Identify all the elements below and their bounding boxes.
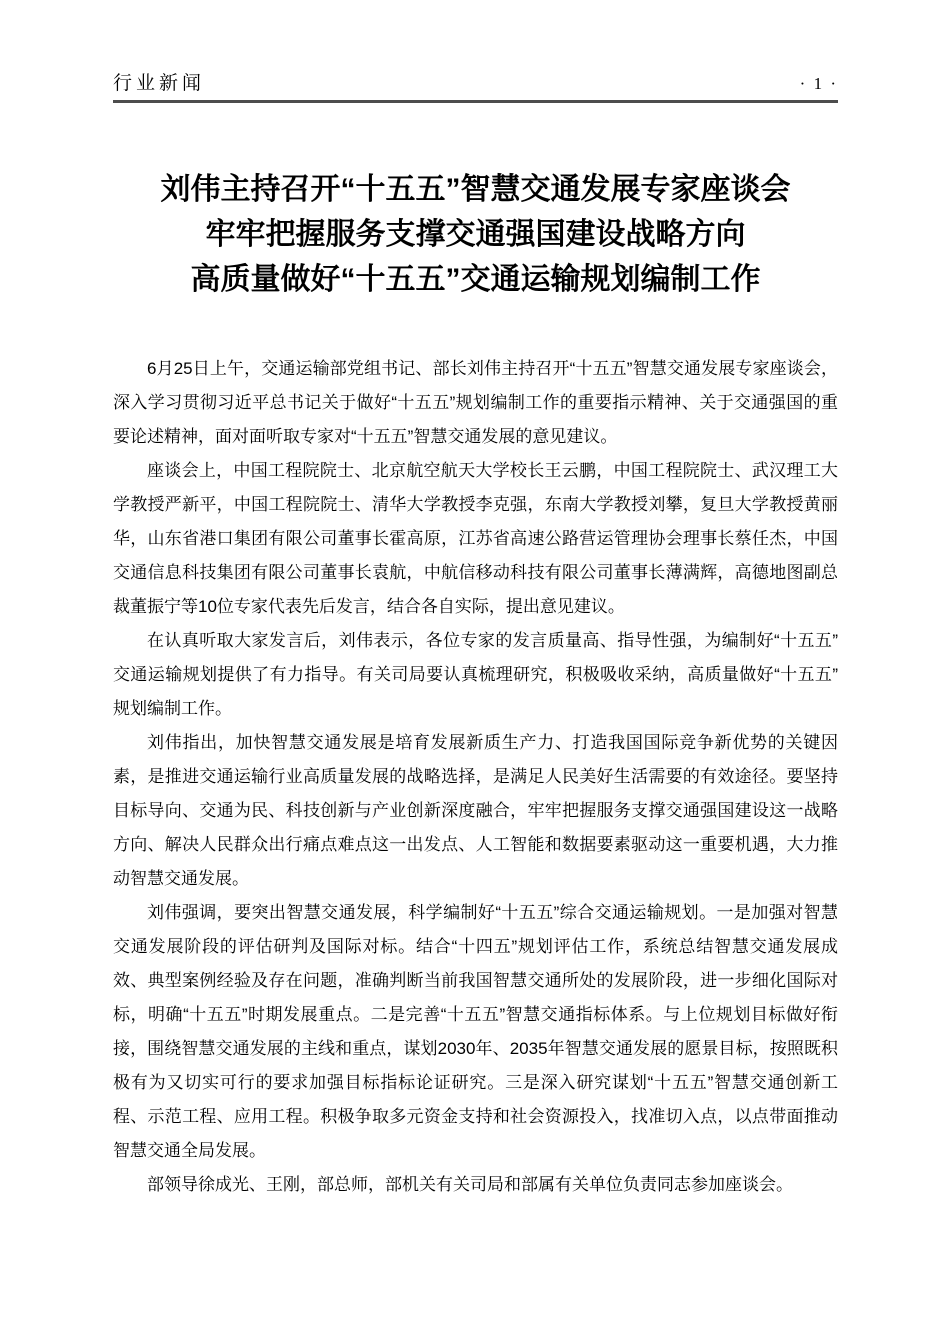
article-paragraph: 刘伟指出，加快智慧交通发展是培育发展新质生产力、打造我国国际竞争新优势的关键因素… bbox=[113, 726, 838, 896]
article-paragraph: 刘伟强调，要突出智慧交通发展，科学编制好“十五五”综合交通运输规划。一是加强对智… bbox=[113, 896, 838, 1168]
document-page: 行业新闻 · 1 · 刘伟主持召开“十五五”智慧交通发展专家座谈会 牢牢把握服务… bbox=[0, 0, 950, 1344]
title-line-2: 牢牢把握服务支撑交通强国建设战略方向 bbox=[113, 212, 838, 257]
title-line-1: 刘伟主持召开“十五五”智慧交通发展专家座谈会 bbox=[113, 167, 838, 212]
article-paragraph: 在认真听取大家发言后，刘伟表示，各位专家的发言质量高、指导性强，为编制好“十五五… bbox=[113, 624, 838, 726]
article-paragraph: 部领导徐成光、王刚，部总师，部机关有关司局和部属有关单位负责同志参加座谈会。 bbox=[113, 1168, 838, 1202]
running-header: 行业新闻 · 1 · bbox=[113, 72, 838, 96]
page-number: · 1 · bbox=[800, 72, 838, 96]
header-rule bbox=[113, 100, 838, 103]
article-paragraph: 6月25日上午，交通运输部党组书记、部长刘伟主持召开“十五五”智慧交通发展专家座… bbox=[113, 352, 838, 454]
section-label: 行业新闻 bbox=[113, 72, 205, 96]
article-paragraph: 座谈会上，中国工程院院士、北京航空航天大学校长王云鹏，中国工程院院士、武汉理工大… bbox=[113, 454, 838, 624]
article-body: 6月25日上午，交通运输部党组书记、部长刘伟主持召开“十五五”智慧交通发展专家座… bbox=[113, 352, 838, 1202]
title-line-3: 高质量做好“十五五”交通运输规划编制工作 bbox=[113, 257, 838, 302]
article-title: 刘伟主持召开“十五五”智慧交通发展专家座谈会 牢牢把握服务支撑交通强国建设战略方… bbox=[113, 167, 838, 302]
